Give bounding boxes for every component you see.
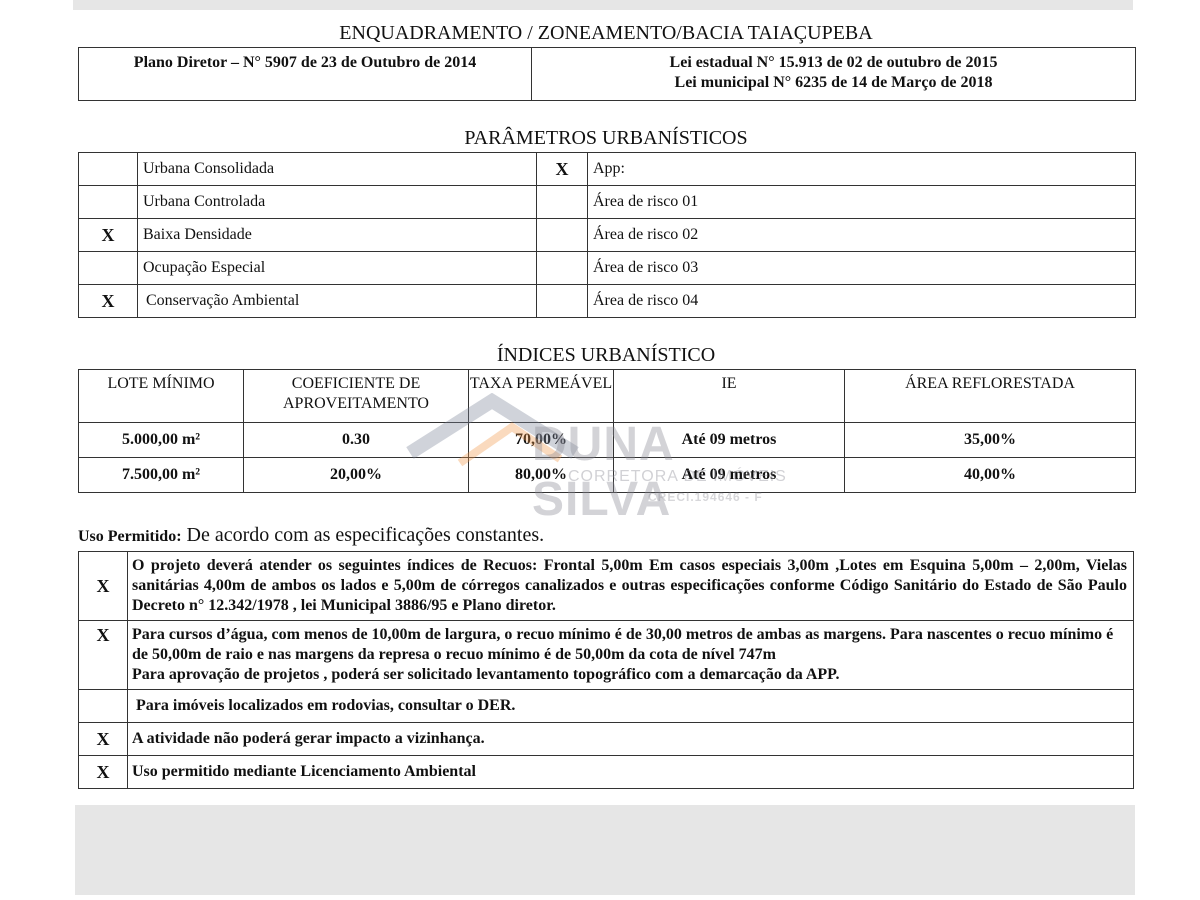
param-right-label: App: — [588, 153, 1136, 186]
uso-permitido-table: X O projeto deverá atender os seguintes … — [78, 551, 1134, 789]
leis-cell: Lei estadual N° 15.913 de 02 de outubro … — [532, 48, 1136, 101]
uso-row: X Para cursos d’água, com menos de 10,00… — [79, 621, 1134, 690]
param-left-mark — [79, 252, 138, 285]
param-left-label: Conservação Ambiental — [138, 285, 537, 318]
param-left-mark — [79, 186, 138, 219]
cell-coeficiente: 0.30 — [244, 423, 469, 458]
header-area-reflorestada: ÁREA REFLORESTADA — [845, 370, 1136, 423]
header-lote-minimo: LOTE MÍNIMO — [79, 370, 244, 423]
bottom-gray-band — [75, 805, 1135, 895]
param-left-mark — [79, 153, 138, 186]
param-row: Urbana Consolidada X App: — [79, 153, 1136, 186]
lei-estadual-text: Lei estadual N° 15.913 de 02 de outubro … — [532, 53, 1135, 73]
param-right-mark — [537, 186, 588, 219]
cell-ie: Até 09 metros — [614, 423, 845, 458]
param-left-label: Ocupação Especial — [138, 252, 537, 285]
uso-mark — [79, 690, 128, 723]
uso-row: X Uso permitido mediante Licenciamento A… — [79, 756, 1134, 789]
param-right-label: Área de risco 01 — [588, 186, 1136, 219]
param-row: Ocupação Especial Área de risco 03 — [79, 252, 1136, 285]
param-right-label: Área de risco 03 — [588, 252, 1136, 285]
uso-row: X A atividade não poderá gerar impacto a… — [79, 723, 1134, 756]
uso-mark: X — [79, 552, 128, 621]
param-right-mark — [537, 252, 588, 285]
cell-taxa-permeavel: 80,00% — [469, 458, 614, 493]
param-left-label: Urbana Consolidada — [138, 153, 537, 186]
header-taxa-permeavel: TAXA PERMEÁVEL — [469, 370, 614, 423]
param-right-label: Área de risco 02 — [588, 219, 1136, 252]
uso-row: Para imóveis localizados em rodovias, co… — [79, 690, 1134, 723]
param-left-mark: X — [79, 219, 138, 252]
cell-lote-minimo: 5.000,00 m² — [79, 423, 244, 458]
param-row: Urbana Controlada Área de risco 01 — [79, 186, 1136, 219]
uso-text: Uso permitido mediante Licenciamento Amb… — [128, 756, 1134, 789]
uso-row: X O projeto deverá atender os seguintes … — [79, 552, 1134, 621]
indices-header-row: LOTE MÍNIMO COEFICIENTE DE APROVEITAMENT… — [79, 370, 1136, 423]
param-right-mark: X — [537, 153, 588, 186]
uso-mark: X — [79, 723, 128, 756]
cell-coeficiente: 20,00% — [244, 458, 469, 493]
cell-ie: Até 09 metros — [614, 458, 845, 493]
uso-text: A atividade não poderá gerar impacto a v… — [128, 723, 1134, 756]
indices-row: 5.000,00 m² 0.30 70,00% Até 09 metros 35… — [79, 423, 1136, 458]
param-right-mark — [537, 219, 588, 252]
param-row: X Baixa Densidade Área de risco 02 — [79, 219, 1136, 252]
plano-diretor-text: Plano Diretor – N° 5907 de 23 de Outubro… — [134, 54, 476, 71]
param-left-label: Baixa Densidade — [138, 219, 537, 252]
uso-permitido-label: Uso Permitido: — [78, 528, 182, 545]
param-row: X Conservação Ambiental Área de risco 04 — [79, 285, 1136, 318]
indices-row: 7.500,00 m² 20,00% 80,00% Até 09 metros … — [79, 458, 1136, 493]
uso-text-line: Para cursos d’água, com menos de 10,00m … — [132, 625, 1127, 665]
uso-mark: X — [79, 621, 128, 690]
parametros-title: PARÂMETROS URBANÍSTICOS — [0, 127, 1200, 150]
indices-table: LOTE MÍNIMO COEFICIENTE DE APROVEITAMENT… — [78, 369, 1136, 493]
param-right-label: Área de risco 04 — [588, 285, 1136, 318]
indices-title: ÍNDICES URBANÍSTICO — [0, 344, 1200, 367]
param-left-label: Urbana Controlada — [138, 186, 537, 219]
uso-text-line: Para aprovação de projetos , poderá ser … — [132, 665, 1127, 685]
header-coeficiente: COEFICIENTE DE APROVEITAMENTO — [244, 370, 469, 423]
uso-text: O projeto deverá atender os seguintes ín… — [128, 552, 1134, 621]
enquadramento-table: Plano Diretor – N° 5907 de 23 de Outubro… — [78, 47, 1136, 101]
param-left-mark: X — [79, 285, 138, 318]
cell-area-reflorestada: 35,00% — [845, 423, 1136, 458]
top-gray-band — [73, 0, 1133, 10]
uso-permitido-line: Uso Permitido: De acordo com as especifi… — [78, 524, 544, 547]
plano-diretor-cell: Plano Diretor – N° 5907 de 23 de Outubro… — [79, 48, 532, 101]
param-right-mark — [537, 285, 588, 318]
uso-text: Para cursos d’água, com menos de 10,00m … — [128, 621, 1134, 690]
uso-mark: X — [79, 756, 128, 789]
lei-municipal-text: Lei municipal N° 6235 de 14 de Março de … — [532, 73, 1135, 93]
cell-lote-minimo: 7.500,00 m² — [79, 458, 244, 493]
uso-text: Para imóveis localizados em rodovias, co… — [128, 690, 1134, 723]
cell-area-reflorestada: 40,00% — [845, 458, 1136, 493]
enquadramento-title: ENQUADRAMENTO / ZONEAMENTO/BACIA TAIAÇUP… — [0, 22, 1200, 45]
uso-permitido-text: De acordo com as especificações constant… — [182, 524, 545, 546]
cell-taxa-permeavel: 70,00% — [469, 423, 614, 458]
header-ie: IE — [614, 370, 845, 423]
parametros-table: Urbana Consolidada X App: Urbana Control… — [78, 152, 1136, 318]
